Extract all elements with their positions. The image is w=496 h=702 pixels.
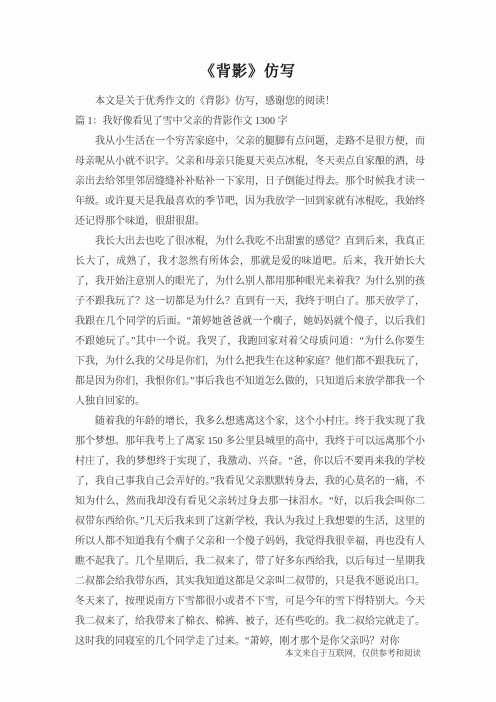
section-heading: 篇 1：我好像看见了雪中父亲的背影作文 1300 字 <box>75 112 425 132</box>
document-title: 《背影》仿写 <box>0 63 496 82</box>
footer-note: 本文来自于互联网，仅供参考和阅读 <box>285 648 421 659</box>
body-paragraph-1: 我从小生活在一个穷苦家庭中，父亲的腿脚有点问题，走路不是很方便，而母亲呢从小就不… <box>75 132 425 232</box>
document-page: 《背影》仿写 本文是关于优秀作文的《背影》仿写，感谢您的阅读！ 篇 1：我好像看… <box>0 0 496 702</box>
body-paragraph-2: 我长大出去也吃了很冰棍，为什么我吃不出甜蜜的感觉？直到后来，我真正长大了，成熟了… <box>75 232 425 412</box>
document-body: 本文是关于优秀作文的《背影》仿写，感谢您的阅读！ 篇 1：我好像看见了雪中父亲的… <box>75 92 425 652</box>
intro-paragraph: 本文是关于优秀作文的《背影》仿写，感谢您的阅读！ <box>75 92 425 112</box>
body-paragraph-3: 随着我的年龄的增长，我多么想逃离这个家，这个小村庄。终于我实现了我那个梦想。那年… <box>75 412 425 652</box>
